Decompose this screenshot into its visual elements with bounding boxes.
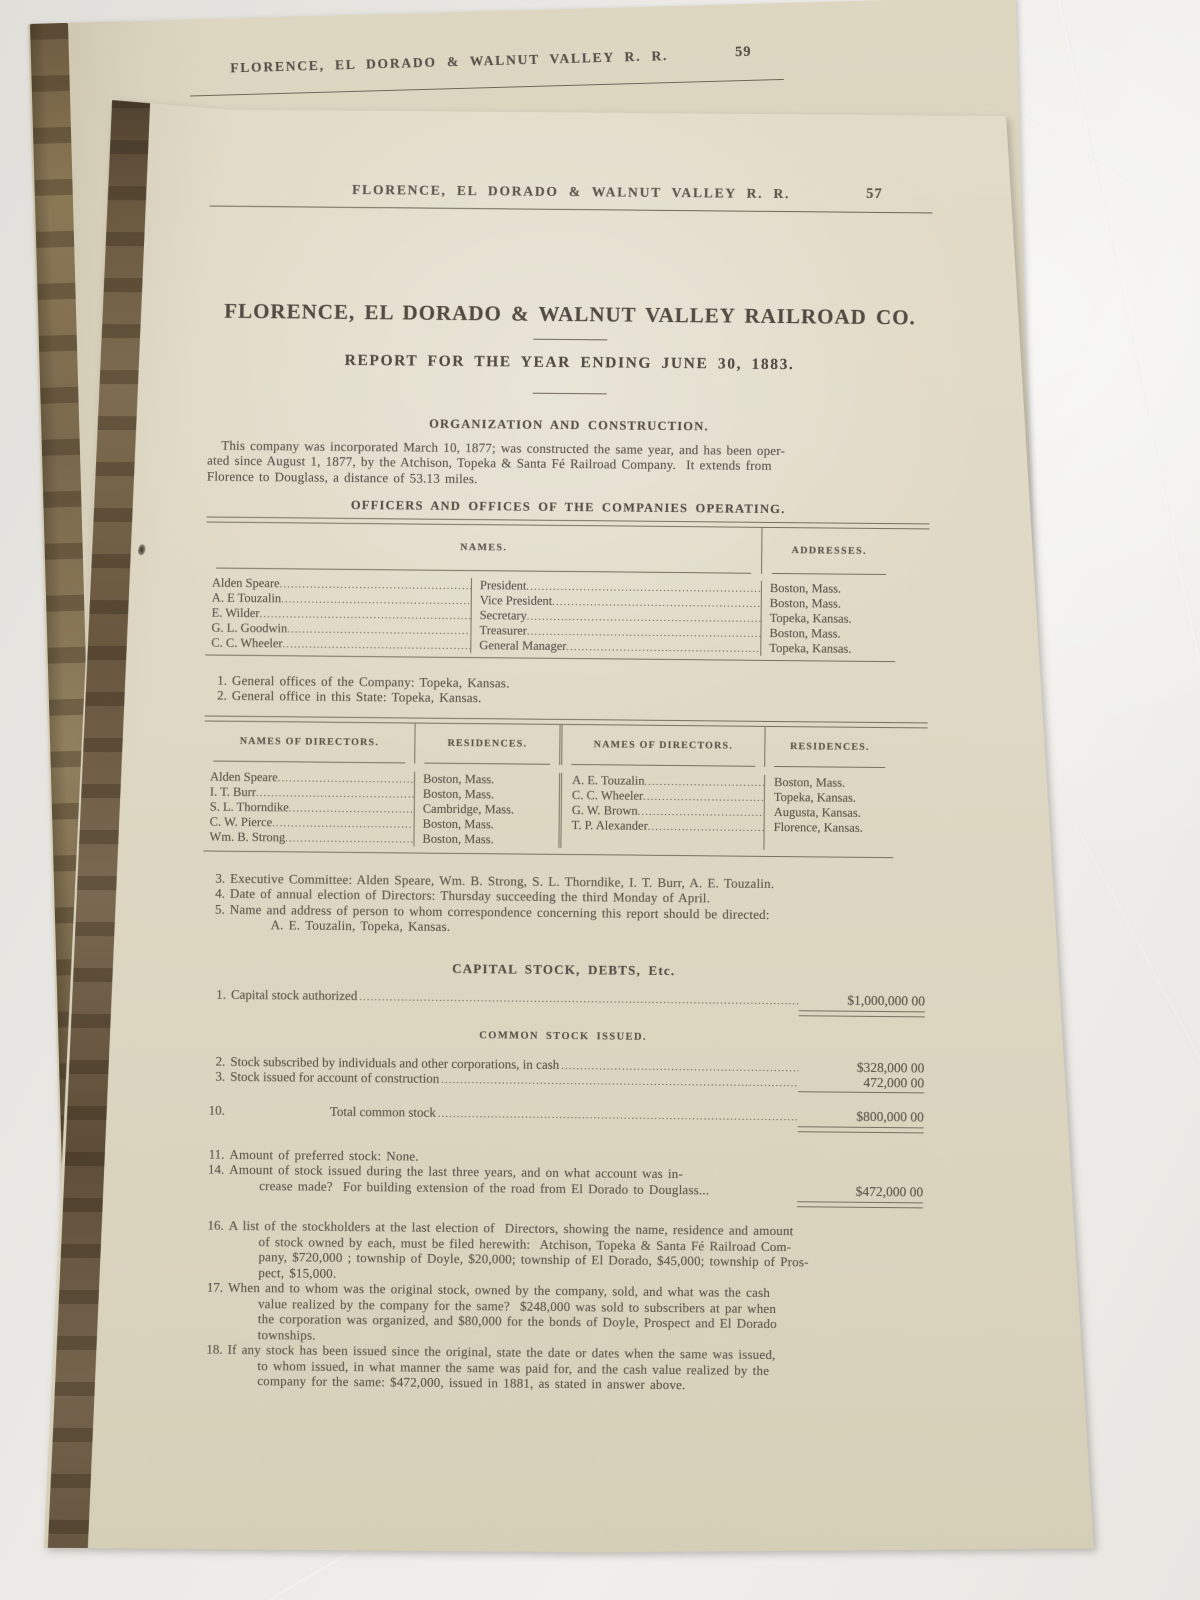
directors-table-header: NAMES OF DIRECTORS. RESIDENCES. NAMES OF… <box>204 721 894 768</box>
document-title: FLORENCE, EL DORADO & WALNUT VALLEY RAIL… <box>208 304 931 326</box>
officer-title: General Manager <box>479 638 566 654</box>
dot-leader <box>283 636 471 653</box>
item-amount: $472,000 00 <box>803 1183 923 1200</box>
note-number: 5. <box>203 901 225 917</box>
subtitle-divider <box>532 393 606 395</box>
director-name: Alden Speare <box>210 769 278 785</box>
ledger-line-capital-authorized: 1. Capital stock authorized $1,000,000 0… <box>202 986 925 1008</box>
officer-address: Boston, Mass. <box>761 595 896 611</box>
director-name: S. L. Thorndike <box>210 799 289 815</box>
director-notes: 3. Executive Committee: Alden Speare, Wm… <box>203 870 927 939</box>
document-subtitle: REPORT FOR THE YEAR ENDING JUNE 30, 1883… <box>208 351 931 373</box>
note-number: 1. <box>205 672 227 688</box>
note-number: 4. <box>203 885 225 901</box>
dot-leader <box>256 785 414 802</box>
amount-double-rule <box>798 1126 924 1133</box>
item-number: 18. <box>198 1341 222 1388</box>
note-text: General office in this State: Topeka, Ka… <box>232 688 482 706</box>
note-number: 3. <box>203 870 225 886</box>
item-number: 10. <box>201 1102 225 1117</box>
header-rule <box>210 206 933 214</box>
column-header-names: NAMES. <box>206 522 761 573</box>
dot-leader <box>359 988 799 1007</box>
dot-leader <box>441 1070 798 1088</box>
item-amount: $1,000,000 00 <box>805 992 925 1008</box>
organization-heading: ORGANIZATION AND CONSTRUCTION. <box>207 415 930 437</box>
dot-leader <box>644 773 764 789</box>
dot-leader <box>648 818 764 834</box>
question-item-18: 18. If any stock has been issued since t… <box>198 1341 921 1394</box>
column-header-residences: RESIDENCES. <box>764 726 894 767</box>
item-number: 2. <box>201 1053 225 1068</box>
directors-table-body: Alden Speare Boston, Mass. A. E. Touzali… <box>203 761 894 857</box>
item-text: Capital stock authorized <box>231 987 357 1003</box>
director-residence: Boston, Mass. <box>413 831 558 847</box>
item-number: 16. <box>199 1217 224 1279</box>
question-item-16: 16. A list of the stockholders at the la… <box>199 1217 923 1286</box>
director-name: Wm. B. Strong <box>209 829 285 845</box>
officers-heading: OFFICERS AND OFFICES OF THE COMPANIES OP… <box>207 497 930 519</box>
officer-name: C. C. Wheeler <box>211 635 282 651</box>
dot-leader <box>278 770 414 786</box>
column-header-directors: NAMES OF DIRECTORS. <box>559 724 764 766</box>
common-stock-heading: COMMON STOCK ISSUED. <box>202 1025 925 1047</box>
officer-title: Treasurer <box>479 623 527 638</box>
dot-leader <box>438 1104 798 1122</box>
front-page: FLORENCE, EL DORADO & WALNUT VALLEY R. R… <box>42 94 1104 1561</box>
dot-leader <box>272 815 414 831</box>
director-residence: Cambridge, Mass. <box>414 801 559 817</box>
amount-double-rule <box>799 1010 925 1017</box>
dot-leader <box>289 800 414 816</box>
officer-name: G. L. Goodwin <box>211 620 287 636</box>
dot-leader <box>638 803 764 819</box>
officer-address: Topeka, Kansas. <box>761 610 896 626</box>
director-name: I. T. Burr <box>210 784 256 799</box>
item-number: 14. <box>200 1161 224 1192</box>
officer-address: Topeka, Kansas. <box>760 640 895 656</box>
dot-leader <box>566 638 760 655</box>
director-name: C. W. Pierce <box>210 814 273 830</box>
page-number: 57 <box>866 187 883 203</box>
dot-leader <box>285 830 413 846</box>
officers-table-body: Alden Speare President Boston, Mass. A. … <box>205 568 896 661</box>
ledger-lines: 2. Stock subscribed by individuals and o… <box>201 1053 924 1090</box>
officer-title: Vice President <box>480 593 553 609</box>
capital-stock-heading: CAPITAL STOCK, DEBTS, Etc. <box>202 958 925 980</box>
officers-table: NAMES. ADDRESSES. Alden Speare President… <box>205 522 896 662</box>
officer-name: Alden Speare <box>212 575 280 591</box>
director-residence: Boston, Mass. <box>414 816 559 832</box>
director-residence: Augusta, Kansas. <box>764 804 894 820</box>
item-number: 1. <box>202 986 226 1001</box>
dot-leader <box>287 621 470 638</box>
director-residence: Boston, Mass. <box>764 774 894 790</box>
director-residence: Boston, Mass. <box>414 771 559 787</box>
director-residence: Boston, Mass. <box>414 786 559 802</box>
amount-double-rule <box>797 1201 923 1208</box>
item-amount: 472,000 00 <box>804 1074 924 1090</box>
note-number: 2. <box>205 688 227 704</box>
item-number: 3. <box>201 1068 225 1083</box>
director-name: C. C. Wheeler <box>572 788 643 804</box>
item-text: Total common stock <box>230 1102 436 1119</box>
officer-name: A. E Touzalin <box>212 590 282 606</box>
officer-address: Boston, Mass. <box>760 625 895 641</box>
page-content: FLORENCE, EL DORADO & WALNUT VALLEY R. R… <box>198 181 933 1395</box>
item-amount: $328,000 00 <box>804 1059 924 1075</box>
director-name: G. W. Brown <box>572 803 638 819</box>
director-residence: Florence, Kansas. <box>764 819 894 835</box>
item-number: 17. <box>199 1279 224 1341</box>
question-item-14: 14. Amount of stock issued during the la… <box>200 1161 923 1199</box>
item-number: 11. <box>200 1146 224 1162</box>
running-header-text: FLORENCE, EL DORADO & WALNUT VALLEY R. R… <box>352 182 790 201</box>
officer-title: President <box>480 578 527 593</box>
director-name: A. E. Touzalin <box>572 773 645 789</box>
directors-table: NAMES OF DIRECTORS. RESIDENCES. NAMES OF… <box>203 721 894 858</box>
title-divider <box>533 338 607 340</box>
column-header-addresses: ADDRESSES. <box>761 527 896 574</box>
amount-single-rule <box>798 1091 924 1093</box>
office-notes: 1. General offices of the Company: Topek… <box>205 672 928 710</box>
item-amount: $800,000 00 <box>804 1108 924 1124</box>
back-page-number: 59 <box>735 44 752 61</box>
column-header-residences: RESIDENCES. <box>414 723 559 764</box>
director-name: T. P. Alexander <box>572 818 648 834</box>
officer-name: E. Wilder <box>212 605 260 620</box>
photo-backdrop: FLORENCE, EL DORADO & WALNUT VALLEY R. R… <box>0 0 1200 1600</box>
officer-address: Boston, Mass. <box>761 580 896 596</box>
ledger-line-total-common-stock: 10. Total common stock $800,000 00 <box>201 1102 924 1124</box>
dot-leader <box>643 788 764 804</box>
column-header-directors: NAMES OF DIRECTORS. <box>204 721 414 763</box>
director-residence: Topeka, Kansas. <box>764 789 894 805</box>
officers-table-header: NAMES. ADDRESSES. <box>206 522 896 575</box>
organization-paragraph: This company was incorporated March 10, … <box>207 437 930 490</box>
officer-title: Secretary <box>480 608 527 623</box>
question-item-17: 17. When and to whom was the original st… <box>199 1279 923 1348</box>
back-page-running-header: FLORENCE, EL DORADO & WALNUT VALLEY R. R… <box>149 46 749 79</box>
item-text: Stock issued for account of construction <box>230 1068 439 1085</box>
